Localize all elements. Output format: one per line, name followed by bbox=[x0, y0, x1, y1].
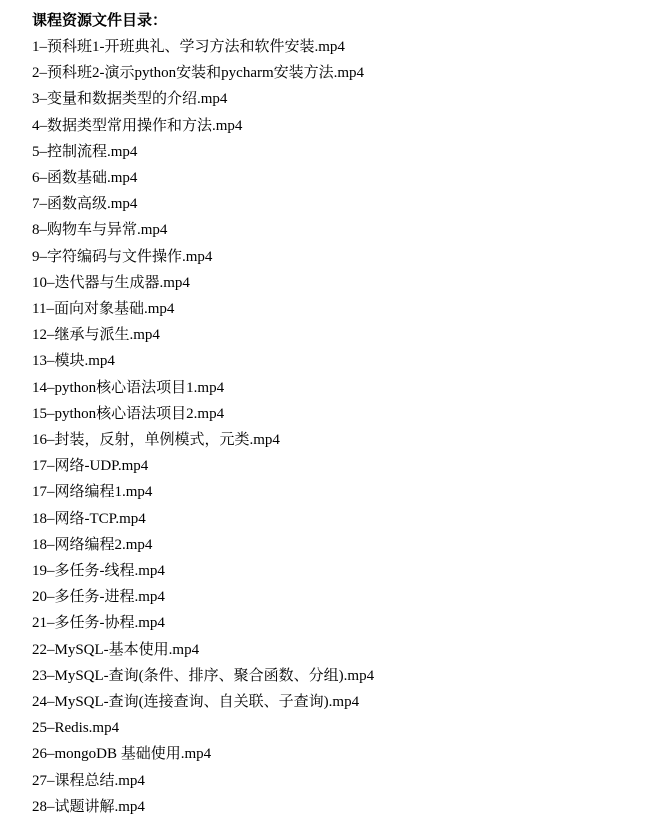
file-list-item: 10–迭代器与生成器.mp4 bbox=[32, 270, 640, 296]
file-list-item: 24–MySQL-查询(连接查询、自关联、子查询).mp4 bbox=[32, 689, 640, 715]
file-list-item: 4–数据类型常用操作和方法.mp4 bbox=[32, 113, 640, 139]
file-list-item: 20–多任务-进程.mp4 bbox=[32, 584, 640, 610]
file-list-item: 2–预科班2-演示python安装和pycharm安装方法.mp4 bbox=[32, 60, 640, 86]
file-list-item: 18–网络-TCP.mp4 bbox=[32, 506, 640, 532]
file-list-item: 23–MySQL-查询(条件、排序、聚合函数、分组).mp4 bbox=[32, 663, 640, 689]
course-file-directory-document: 课程资源文件目录： 1–预科班1-开班典礼、学习方法和软件安装.mp4 2–预科… bbox=[0, 0, 650, 820]
file-list-item: 17–网络-UDP.mp4 bbox=[32, 453, 640, 479]
file-list-item: 5–控制流程.mp4 bbox=[32, 139, 640, 165]
file-list-item: 1–预科班1-开班典礼、学习方法和软件安装.mp4 bbox=[32, 34, 640, 60]
file-list-item: 17–网络编程1.mp4 bbox=[32, 479, 640, 505]
file-list-item: 15–python核心语法项目2.mp4 bbox=[32, 401, 640, 427]
file-list-item: 11–面向对象基础.mp4 bbox=[32, 296, 640, 322]
page-title: 课程资源文件目录： bbox=[32, 8, 640, 34]
file-list-item: 16–封装，反射，单例模式，元类.mp4 bbox=[32, 427, 640, 453]
file-list-item: 14–python核心语法项目1.mp4 bbox=[32, 375, 640, 401]
file-list-item: 3–变量和数据类型的介绍.mp4 bbox=[32, 86, 640, 112]
file-list: 1–预科班1-开班典礼、学习方法和软件安装.mp4 2–预科班2-演示pytho… bbox=[32, 34, 640, 820]
file-list-item: 28–试题讲解.mp4 bbox=[32, 794, 640, 820]
file-list-item: 9–字符编码与文件操作.mp4 bbox=[32, 244, 640, 270]
file-list-item: 13–模块.mp4 bbox=[32, 348, 640, 374]
file-list-item: 26–mongoDB 基础使用.mp4 bbox=[32, 741, 640, 767]
file-list-item: 12–继承与派生.mp4 bbox=[32, 322, 640, 348]
file-list-item: 27–课程总结.mp4 bbox=[32, 768, 640, 794]
file-list-item: 6–函数基础.mp4 bbox=[32, 165, 640, 191]
file-list-item: 22–MySQL-基本使用.mp4 bbox=[32, 637, 640, 663]
file-list-item: 19–多任务-线程.mp4 bbox=[32, 558, 640, 584]
file-list-item: 25–Redis.mp4 bbox=[32, 715, 640, 741]
file-list-item: 8–购物车与异常.mp4 bbox=[32, 217, 640, 243]
file-list-item: 21–多任务-协程.mp4 bbox=[32, 610, 640, 636]
file-list-item: 7–函数高级.mp4 bbox=[32, 191, 640, 217]
file-list-item: 18–网络编程2.mp4 bbox=[32, 532, 640, 558]
